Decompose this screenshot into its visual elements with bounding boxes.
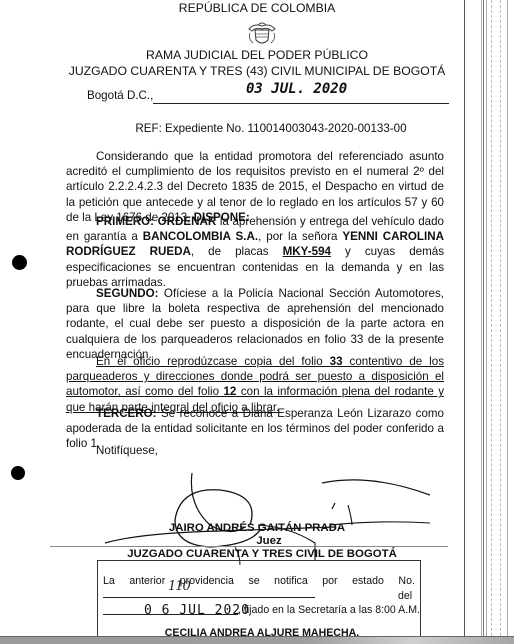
date-stamp: 03 JUL. 2020 — [246, 81, 347, 97]
notice-word: No. — [398, 575, 415, 587]
scan-artifact-line — [500, 0, 501, 636]
scan-artifact-line — [486, 0, 487, 636]
estado-underline — [103, 597, 315, 598]
primero-paragraph: PRIMERO: ORDENAR la aprehensión y entreg… — [66, 214, 444, 290]
country-heading: REPÚBLICA DE COLOMBIA — [0, 1, 514, 15]
hole-punch-mark — [12, 255, 27, 270]
viewer-bottom-bar — [0, 636, 514, 644]
tercero-label: TERCERO: — [96, 407, 157, 420]
notice-word: notifica — [274, 575, 308, 587]
coat-of-arms-icon — [246, 21, 278, 47]
closing-notifiquese: Notifíquese, — [96, 444, 158, 457]
segundo-label: SEGUNDO: — [96, 287, 158, 300]
primero-text-3: , de placas — [191, 245, 283, 258]
date-underline — [153, 103, 449, 104]
handwritten-estado-number: 110 — [168, 579, 190, 594]
hole-punch-mark — [11, 466, 25, 480]
signature-line — [50, 546, 448, 547]
notice-line-3: , fijado en la Secretaría a las 8:00 A.M… — [238, 604, 420, 616]
court-heading: JUZGADO CUARENTA Y TRES (43) CIVIL MUNIC… — [0, 64, 514, 78]
considering-text: Considerando que la entidad promotora de… — [66, 150, 444, 224]
folio-33: 33 — [330, 355, 343, 368]
scan-artifact-line — [481, 0, 482, 636]
branch-heading: RAMA JUDICIAL DEL PODER PÚBLICO — [0, 48, 514, 62]
notice-court-heading: JUZGADO CUARENTA Y TRES CIVIL DE BOGOTÁ — [0, 548, 514, 560]
segundo-paragraph: SEGUNDO: Ofíciese a la Policía Nacional … — [66, 286, 444, 362]
notice-line-1: La anterior providencia se notifica por … — [103, 575, 415, 587]
scan-artifact-line — [507, 0, 508, 636]
bank-name: BANCOLOMBIA S.A. — [143, 230, 258, 243]
folio-12: 12 — [223, 385, 236, 398]
notice-word: por — [322, 575, 337, 587]
vehicle-plate: MKY-594 — [283, 245, 331, 258]
notice-word: anterior — [129, 575, 165, 587]
notice-del: del — [398, 590, 412, 602]
primero-label: PRIMERO: — [96, 215, 154, 228]
notice-word: La — [103, 575, 115, 587]
notice-word: estado — [352, 575, 384, 587]
primero-text-2: , por la señora — [258, 230, 342, 243]
scan-artifact-line — [491, 0, 492, 636]
notice-word: se — [248, 575, 259, 587]
case-reference: REF: Expediente No. 110014003043-2020-00… — [0, 122, 514, 135]
place-label: Bogotá D.C., — [87, 89, 153, 102]
notice-date-stamp: 0 6 JUL 2020 — [144, 603, 250, 618]
scan-artifact-line — [483, 0, 484, 636]
page-edge-line — [464, 0, 465, 636]
oficio-text-1: En el oficio reprodúzcase copia del foli… — [96, 355, 330, 368]
ordenar-label: ORDENAR — [158, 215, 217, 228]
judge-name: JAIRO ANDRÉS GAITÁN PRADA — [0, 522, 514, 534]
